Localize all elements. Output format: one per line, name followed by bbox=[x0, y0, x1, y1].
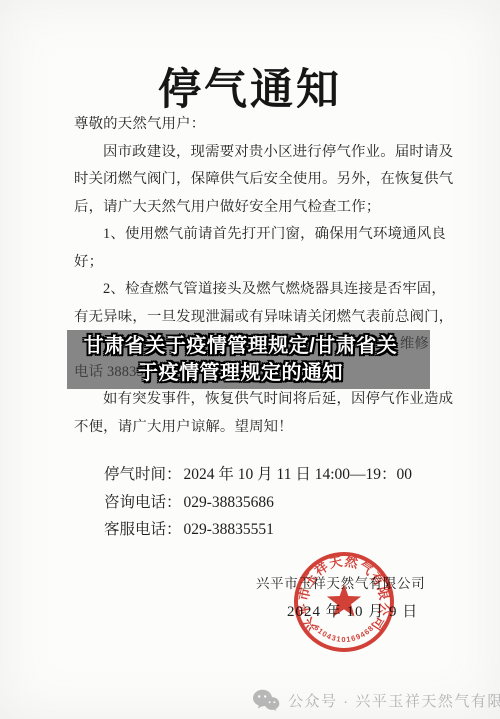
watermark-footer: 公众号 · 兴平玉祥天然气有限公司 bbox=[252, 687, 500, 713]
notice-line: 因市政建设，现需要对贵小区进行停气作业。届时请及 bbox=[74, 139, 435, 167]
gas-suspension-notice-photo: 停气通知 尊敬的天然气用户： 因市政建设，现需要对贵小区进行停气作业。届时请及 … bbox=[0, 0, 500, 719]
schedule-value: 029-38835686 bbox=[182, 494, 274, 511]
notice-line: 如有突发事件，恢复供气时间将后延，因停气作业造成 bbox=[74, 386, 435, 414]
schedule-label: 客服电话： bbox=[104, 521, 182, 538]
schedule-block: 停气时间：2024 年 10 月 11 日 14:00—19：00 咨询电话：0… bbox=[104, 461, 412, 544]
watermark-text: 公众号 · 兴平玉祥天然气有限公司 bbox=[288, 690, 500, 711]
company-seal-stamp: 兴平市玉祥天然气有限公司 6104310169468 bbox=[291, 549, 397, 655]
schedule-value: 029-38835551 bbox=[182, 521, 274, 538]
notice-line-salutation: 尊敬的天然气用户： bbox=[74, 111, 435, 139]
seal-serial-number: 6104310169468 bbox=[312, 623, 376, 644]
schedule-line-time: 停气时间：2024 年 10 月 11 日 14:00—19：00 bbox=[104, 461, 412, 489]
headline-overlay-banner: 甘肃省关于疫情管理规定/甘肃省关 于疫情管理规定的通知 bbox=[67, 330, 430, 389]
seal-star-icon bbox=[327, 584, 361, 617]
notice-line: 后，请广大天然气用户做好安全用气检查工作； bbox=[74, 194, 435, 222]
notice-line-item-2: 2、检查燃气管道接头及燃气燃烧器具连接是否牢固， bbox=[74, 276, 435, 304]
schedule-label: 咨询电话： bbox=[104, 494, 182, 511]
schedule-label: 停气时间： bbox=[104, 466, 182, 483]
schedule-line-service-phone: 客服电话：029-38835551 bbox=[104, 516, 412, 544]
notice-line: 不便，请广大用户谅解。望周知！ bbox=[74, 414, 435, 442]
schedule-line-inquiry-phone: 咨询电话：029-38835686 bbox=[104, 489, 412, 517]
overlay-headline-line2: 于疫情管理规定的通知 bbox=[59, 360, 422, 387]
notice-line: 好； bbox=[74, 249, 435, 277]
wechat-icon bbox=[252, 689, 280, 712]
notice-line: 时关闭燃气阀门，保障供气后安全使用。另外，在恢复供气 bbox=[74, 166, 435, 194]
overlay-headline: 甘肃省关于疫情管理规定/甘肃省关 于疫情管理规定的通知 bbox=[59, 333, 422, 387]
notice-line: 有无异味，一旦发现泄漏或有异味请关闭燃气表前总阀门， bbox=[74, 304, 435, 332]
notice-title: 停气通知 bbox=[0, 56, 500, 117]
notice-body: 尊敬的天然气用户： 因市政建设，现需要对贵小区进行停气作业。届时请及 时关闭燃气… bbox=[74, 111, 435, 441]
notice-line-item-1: 1、使用燃气前请首先打开门窗，确保用气环境通风良 bbox=[74, 221, 435, 249]
overlay-headline-line1: 甘肃省关于疫情管理规定/甘肃省关 bbox=[59, 333, 422, 360]
schedule-value: 2024 年 10 月 11 日 14:00—19：00 bbox=[182, 466, 412, 483]
